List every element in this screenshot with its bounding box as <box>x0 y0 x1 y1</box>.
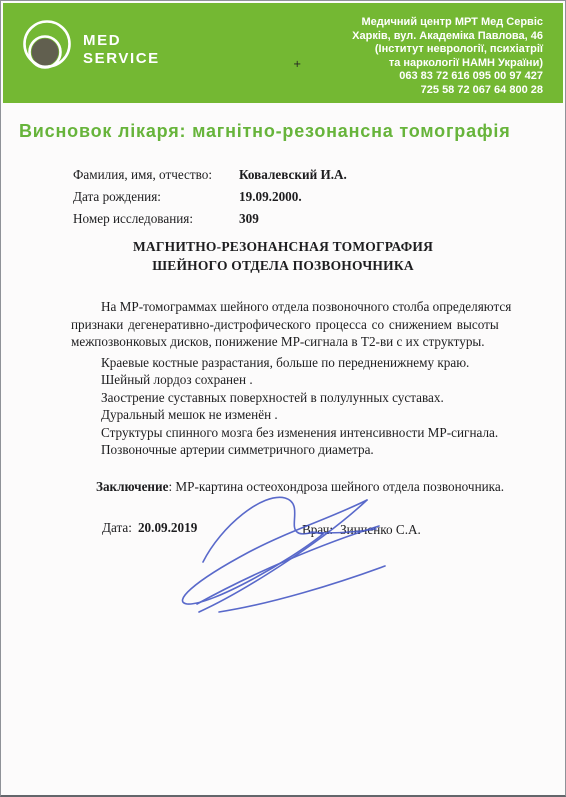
patient-name-value: Ковалевский И.А. <box>239 167 347 182</box>
findings-list: Краевые костные разрастания, больше по п… <box>71 354 485 459</box>
finding-item: Дуральный мешок не изменён . <box>71 406 485 424</box>
med-service-logo-icon <box>23 19 73 73</box>
field-row-name: Фамилия, имя, отчество:Ковалевский И.А. <box>73 164 347 186</box>
finding-item: Краевые костные разрастания, больше по п… <box>71 354 485 372</box>
field-row-study-number: Номер исследования:309 <box>73 208 347 230</box>
report-heading-line2: ШЕЙНОГО ОТДЕЛА ПОЗВОНОЧНИКА <box>1 256 565 275</box>
scan-crosshair-mark: + <box>293 59 301 70</box>
doctor-signature <box>171 488 401 614</box>
study-number-value: 309 <box>239 211 259 226</box>
finding-item: Шейный лордоз сохранен . <box>71 371 485 389</box>
clinic-address: Харків, вул. Академіка Павлова, 46 <box>352 30 543 44</box>
date-label: Дата: <box>102 520 132 535</box>
field-row-birthdate: Дата рождения:19.09.2000. <box>73 186 347 208</box>
finding-item: Структуры спинного мозга без изменения и… <box>71 424 485 442</box>
logo-line-med: MED <box>83 32 160 50</box>
logo-wordmark: MED SERVICE <box>83 32 160 68</box>
clinic-phones-line1: 063 83 72 616 095 00 97 427 <box>352 70 543 84</box>
conclusion-label: Заключение <box>96 479 168 494</box>
clinic-phones-line2: 725 58 72 067 64 800 28 <box>352 84 543 98</box>
birthdate-value: 19.09.2000. <box>239 189 302 204</box>
report-heading-line1: МАГНИТНО-РЕЗОНАНСНАЯ ТОМОГРАФИЯ <box>1 237 565 256</box>
patient-info-block: Фамилия, имя, отчество:Ковалевский И.А. … <box>73 164 347 230</box>
birthdate-label: Дата рождения: <box>73 186 239 208</box>
patient-name-label: Фамилия, имя, отчество: <box>73 164 239 186</box>
finding-item: Заострение суставных поверхностей в полу… <box>71 389 485 407</box>
letterhead-banner: MED SERVICE Медичний центр МРТ Мед Серві… <box>3 3 563 103</box>
report-body: На МР-томограммах шейного отдела позвоно… <box>71 298 485 495</box>
paragraph-line: межпозвонковых дисков, понижение МР-сигн… <box>71 333 485 351</box>
paragraph-line: На МР-томограммах шейного отдела позвоно… <box>71 298 485 316</box>
paragraph-line: признаки дегенеративно-дистрофического п… <box>71 316 485 334</box>
study-number-label: Номер исследования: <box>73 208 239 230</box>
page-title: Висновок лікаря: магнітно-резонансна том… <box>19 121 511 142</box>
clinic-institute-line2: та наркології НАМН України) <box>352 57 543 71</box>
finding-item: Позвоночные артерии симметричного диамет… <box>71 441 485 459</box>
scanned-mri-report-page: MED SERVICE Медичний центр МРТ Мед Серві… <box>0 0 566 797</box>
clinic-name: Медичний центр МРТ Мед Сервіс <box>352 16 543 30</box>
logo-line-service: SERVICE <box>83 50 160 68</box>
clinic-contact-block: Медичний центр МРТ Мед Сервіс Харків, ву… <box>352 16 543 97</box>
clinic-institute-line1: (Інститут неврології, психіатрії <box>352 43 543 57</box>
report-heading: МАГНИТНО-РЕЗОНАНСНАЯ ТОМОГРАФИЯ ШЕЙНОГО … <box>1 237 565 275</box>
